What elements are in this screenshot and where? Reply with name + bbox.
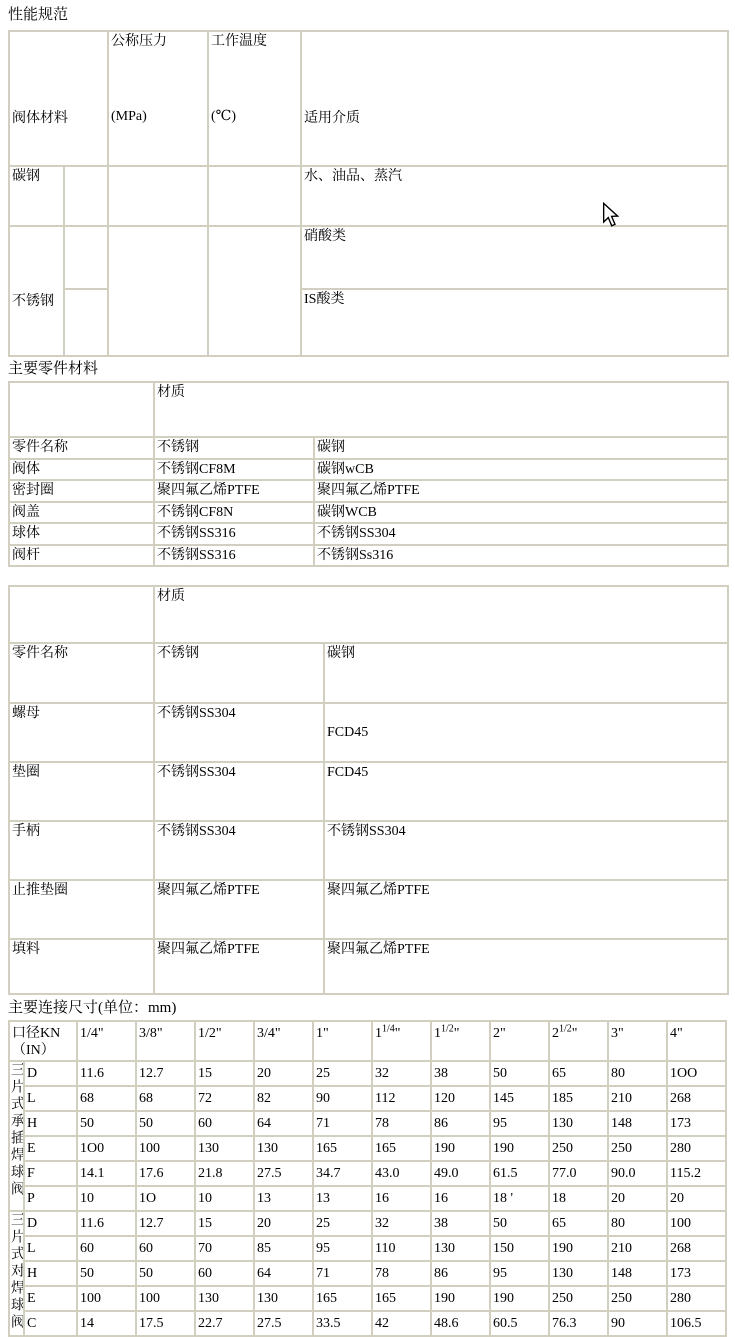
dim-value-cell: 60 [195, 1111, 254, 1136]
parts-table-1: 材质 零件名称 不锈钢 碳钢 阀体 不锈钢CF8M 碳钢wCB 密封圈 聚四氟乙… [8, 381, 729, 568]
dim-value-cell: 20 [667, 1186, 726, 1211]
header-temperature-label: 工作温度 [211, 33, 298, 51]
size-header-cell: 1/2" [195, 1021, 254, 1061]
stainless-value-cell: 聚四氟乙烯PTFE [154, 480, 314, 502]
dim-value-cell: 145 [490, 1086, 549, 1111]
dim-value-cell: 50 [490, 1211, 549, 1236]
part-name-cell: 密封圈 [9, 480, 154, 502]
spec-page: { "sections": { "performance": { "title"… [0, 0, 735, 1337]
dim-value-cell: 190 [549, 1236, 608, 1261]
table-row: 止推垫圈 聚四氟乙烯PTFE 聚四氟乙烯PTFE [9, 880, 728, 939]
dimensions-table: 口径KN （IN） 1/4"3/8"1/2"3/4"1"11/4"11/2"2"… [8, 1020, 727, 1337]
dim-value-cell: 250 [549, 1136, 608, 1161]
empty-cell [9, 586, 154, 643]
dim-value-cell: 190 [490, 1286, 549, 1311]
carbon-value-cell: 聚四氟乙烯PTFE [314, 480, 728, 502]
dim-value-cell: 32 [372, 1211, 431, 1236]
dim-value-cell: 110 [372, 1236, 431, 1261]
dim-value-cell: 38 [431, 1061, 490, 1086]
stainless-value-cell: 不锈钢SS316 [154, 523, 314, 545]
table-row: 阀盖 不锈钢CF8N 碳钢WCB [9, 502, 728, 524]
part-name-cell: 阀杆 [9, 545, 154, 567]
size-header-cell: 1/4" [77, 1021, 136, 1061]
dim-value-cell: 49.0 [431, 1161, 490, 1186]
stainless-value-cell: 聚四氟乙烯PTFE [154, 939, 324, 994]
dim-value-cell: 20 [254, 1211, 313, 1236]
part-name-cell: 螺母 [9, 703, 154, 762]
dim-data-row: E100100130130165165190190250250280 [9, 1286, 726, 1311]
dim-value-cell: 17.5 [136, 1311, 195, 1336]
stainless-value-cell: 不锈钢CF8M [154, 459, 314, 481]
dim-value-cell: 130 [549, 1261, 608, 1286]
dim-value-cell: 15 [195, 1211, 254, 1236]
dim-value-cell: 190 [490, 1136, 549, 1161]
stainless-value-cell: 不锈钢SS304 [154, 762, 324, 821]
dim-value-cell: 16 [372, 1186, 431, 1211]
dim-value-cell: 43.0 [372, 1161, 431, 1186]
dim-value-cell: 71 [313, 1261, 372, 1286]
parts-title: 主要零件材料 [8, 360, 735, 379]
dim-value-cell: 95 [313, 1236, 372, 1261]
carbon-col-header: 碳钢 [314, 437, 728, 459]
stainless-col-header: 不锈钢 [154, 643, 324, 703]
size-header-cell: 3/8" [136, 1021, 195, 1061]
dim-value-cell: 1O0 [77, 1136, 136, 1161]
dim-value-cell: 165 [313, 1136, 372, 1161]
carbon-value-cell: 碳钢WCB [314, 502, 728, 524]
dim-value-cell: 15 [195, 1061, 254, 1086]
dim-value-cell: 50 [77, 1111, 136, 1136]
table-row: 垫圈 不锈钢SS304 FCD45 [9, 762, 728, 821]
header-temperature-unit: (℃) [211, 108, 298, 126]
size-header-cell: 3/4" [254, 1021, 313, 1061]
header-medium-label: 适用介质 [304, 110, 725, 128]
dim-value-cell: 95 [490, 1111, 549, 1136]
stainless-value-cell: 不锈钢SS304 [154, 703, 324, 762]
dim-data-row: H5050606471788695130148173 [9, 1261, 726, 1286]
dim-value-cell: 10 [195, 1186, 254, 1211]
dim-value-cell: 95 [490, 1261, 549, 1286]
dim-value-cell: 190 [431, 1286, 490, 1311]
dim-value-cell: 21.8 [195, 1161, 254, 1186]
param-label-cell: D [24, 1061, 77, 1086]
empty-cell [108, 226, 208, 356]
dim-value-cell: 148 [608, 1111, 667, 1136]
dim-value-cell: 130 [195, 1286, 254, 1311]
dim-value-cell: 90 [608, 1311, 667, 1336]
stainless-col-header: 不锈钢 [154, 437, 314, 459]
dim-value-cell: 68 [77, 1086, 136, 1111]
part-name-cell: 止推垫圈 [9, 880, 154, 939]
dim-value-cell: 10 [77, 1186, 136, 1211]
dim-value-cell: 78 [372, 1261, 431, 1286]
param-label-cell: H [24, 1111, 77, 1136]
dim-value-cell: 173 [667, 1261, 726, 1286]
dim-value-cell: 165 [372, 1136, 431, 1161]
dim-value-cell: 77.0 [549, 1161, 608, 1186]
dim-value-cell: 13 [254, 1186, 313, 1211]
bore-header-line2: （IN） [12, 1042, 74, 1060]
dim-value-cell: 86 [431, 1261, 490, 1286]
carbon-value-cell: 不锈钢Ss316 [314, 545, 728, 567]
dim-value-cell: 61.5 [490, 1161, 549, 1186]
dim-value-cell: 250 [549, 1286, 608, 1311]
dim-value-cell: 1OO [667, 1061, 726, 1086]
param-label-cell: D [24, 1211, 77, 1236]
dim-tbody: 口径KN （IN） 1/4"3/8"1/2"3/4"1"11/4"11/2"2"… [9, 1021, 726, 1336]
dim-value-cell: 38 [431, 1211, 490, 1236]
carbon-value-cell: 聚四氟乙烯PTFE [324, 880, 728, 939]
carbon-value-cell: FCD45 [324, 703, 728, 762]
dim-value-cell: 1O [136, 1186, 195, 1211]
dim-value-cell: 100 [77, 1286, 136, 1311]
dimensions-title: 主要连接尺寸(单位：mm) [8, 999, 735, 1018]
dim-value-cell: 34.7 [313, 1161, 372, 1186]
dim-value-cell: 130 [549, 1111, 608, 1136]
dim-value-cell: 60 [77, 1236, 136, 1261]
dim-value-cell: 76.3 [549, 1311, 608, 1336]
material-header-cell: 材质 [154, 382, 728, 437]
dim-value-cell: 25 [313, 1211, 372, 1236]
mouse-cursor-icon [602, 202, 619, 228]
empty-cell [64, 226, 108, 289]
dim-value-cell: 11.6 [77, 1061, 136, 1086]
valve-type-label: 三片式承插焊球阀 [9, 1061, 24, 1211]
dim-value-cell: 70 [195, 1236, 254, 1261]
column-header-row: 零件名称 不锈钢 碳钢 [9, 437, 728, 459]
param-label-cell: L [24, 1086, 77, 1111]
part-name-cell: 阀盖 [9, 502, 154, 524]
stainless-steel-material-cell: 不锈钢 [9, 226, 64, 356]
dim-value-cell: 280 [667, 1286, 726, 1311]
header-medium-cell: 适用介质 [301, 31, 728, 166]
size-header-cell: 2" [490, 1021, 549, 1061]
param-label-cell: C [24, 1311, 77, 1336]
dim-data-row: L6060708595110130150190210268 [9, 1236, 726, 1261]
dim-value-cell: 130 [254, 1136, 313, 1161]
empty-cell [64, 289, 108, 356]
dim-value-cell: 18 ' [490, 1186, 549, 1211]
dim-value-cell: 50 [77, 1261, 136, 1286]
dim-value-cell: 185 [549, 1086, 608, 1111]
part-name-header: 零件名称 [9, 643, 154, 703]
part-name-cell: 球体 [9, 523, 154, 545]
bore-header-line1: 口径KN [12, 1025, 74, 1043]
table-row: 手柄 不锈钢SS304 不锈钢SS304 [9, 821, 728, 880]
dim-value-cell: 20 [254, 1061, 313, 1086]
dim-value-cell: 190 [431, 1136, 490, 1161]
dim-value-cell: 14.1 [77, 1161, 136, 1186]
dim-data-row: L6868728290112120145185210268 [9, 1086, 726, 1111]
dim-value-cell: 71 [313, 1111, 372, 1136]
stainless-medium-2-cell: IS酸类 [301, 289, 728, 356]
size-header-cell: 11/4" [372, 1021, 431, 1061]
dim-value-cell: 112 [372, 1086, 431, 1111]
dim-value-cell: 50 [136, 1111, 195, 1136]
material-header-row: 材质 [9, 382, 728, 437]
carbon-col-header: 碳钢 [324, 643, 728, 703]
carbon-value-cell: FCD45 [324, 762, 728, 821]
dim-value-cell: 18 [549, 1186, 608, 1211]
part-name-header: 零件名称 [9, 437, 154, 459]
valve-type-label: 三片式对焊球阀 [9, 1211, 24, 1336]
dim-value-cell: 68 [136, 1086, 195, 1111]
param-label-cell: H [24, 1261, 77, 1286]
dim-value-cell: 78 [372, 1111, 431, 1136]
material-header-row: 材质 [9, 586, 728, 643]
carbon-value-cell: 碳钢wCB [314, 459, 728, 481]
stainless-medium-1-cell: 硝酸类 [301, 226, 728, 289]
dim-value-cell: 80 [608, 1061, 667, 1086]
dim-value-cell: 86 [431, 1111, 490, 1136]
dim-value-cell: 42 [372, 1311, 431, 1336]
dim-value-cell: 130 [431, 1236, 490, 1261]
dim-value-cell: 12.7 [136, 1211, 195, 1236]
table-row: 填料 聚四氟乙烯PTFE 聚四氟乙烯PTFE [9, 939, 728, 994]
header-pressure-cell: 公称压力 (MPa) [108, 31, 208, 166]
header-temperature-cell: 工作温度 (℃) [208, 31, 301, 166]
dim-value-cell: 32 [372, 1061, 431, 1086]
dim-value-cell: 80 [608, 1211, 667, 1236]
dim-data-row: H5050606471788695130148173 [9, 1111, 726, 1136]
dim-value-cell: 130 [195, 1136, 254, 1161]
dim-value-cell: 50 [136, 1261, 195, 1286]
dim-value-cell: 65 [549, 1211, 608, 1236]
dim-value-cell: 85 [254, 1236, 313, 1261]
dim-value-cell: 165 [372, 1286, 431, 1311]
dim-value-cell: 48.6 [431, 1311, 490, 1336]
dim-value-cell: 16 [431, 1186, 490, 1211]
dim-data-row: 三片式承插焊球阀D11.612.715202532385065801OO [9, 1061, 726, 1086]
part-name-cell: 填料 [9, 939, 154, 994]
dim-value-cell: 280 [667, 1136, 726, 1161]
stainless-steel-row-1: 不锈钢 硝酸类 [9, 226, 728, 289]
param-label-cell: L [24, 1236, 77, 1261]
dim-value-cell: 165 [313, 1286, 372, 1311]
column-header-row: 零件名称 不锈钢 碳钢 [9, 643, 728, 703]
header-body-material-cell: 阀体材料 [9, 31, 108, 166]
performance-header-row: 阀体材料 公称压力 (MPa) 工作温度 (℃) 适用介质 [9, 31, 728, 166]
carbon-value-cell: 不锈钢SS304 [324, 821, 728, 880]
empty-cell [108, 166, 208, 226]
dim-value-cell: 11.6 [77, 1211, 136, 1236]
dim-value-cell: 50 [490, 1061, 549, 1086]
size-header-cell: 4" [667, 1021, 726, 1061]
dim-value-cell: 60.5 [490, 1311, 549, 1336]
dim-value-cell: 25 [313, 1061, 372, 1086]
dim-data-row: 三片式对焊球阀D11.612.71520253238506580100 [9, 1211, 726, 1236]
dim-value-cell: 106.5 [667, 1311, 726, 1336]
dim-value-cell: 13 [313, 1186, 372, 1211]
part-name-cell: 手柄 [9, 821, 154, 880]
param-label-cell: E [24, 1286, 77, 1311]
bore-header-cell: 口径KN （IN） [9, 1021, 77, 1061]
dim-value-cell: 14 [77, 1311, 136, 1336]
dim-value-cell: 64 [254, 1261, 313, 1286]
param-label-cell: F [24, 1161, 77, 1186]
carbon-value-cell: 不锈钢SS304 [314, 523, 728, 545]
dim-data-row: P101O101313161618 '182020 [9, 1186, 726, 1211]
dim-value-cell: 90.0 [608, 1161, 667, 1186]
empty-cell [9, 382, 154, 437]
dim-value-cell: 115.2 [667, 1161, 726, 1186]
stainless-value-cell: 聚四氟乙烯PTFE [154, 880, 324, 939]
dim-data-row: E1O0100130130165165190190250250280 [9, 1136, 726, 1161]
empty-cell [208, 166, 301, 226]
part-name-cell: 垫圈 [9, 762, 154, 821]
header-pressure-unit: (MPa) [111, 108, 205, 126]
dim-value-cell: 148 [608, 1261, 667, 1286]
size-header-cell: 1" [313, 1021, 372, 1061]
header-body-material-label: 阀体材料 [12, 110, 105, 128]
carbon-steel-medium-cell: 水、油品、蒸汽 [301, 166, 728, 226]
material-header-cell: 材质 [154, 586, 728, 643]
dim-value-cell: 65 [549, 1061, 608, 1086]
table-row: 螺母 不锈钢SS304 FCD45 [9, 703, 728, 762]
dim-value-cell: 100 [667, 1211, 726, 1236]
stainless-value-cell: 不锈钢SS316 [154, 545, 314, 567]
dim-value-cell: 268 [667, 1086, 726, 1111]
header-pressure-label: 公称压力 [111, 33, 205, 51]
dim-value-cell: 17.6 [136, 1161, 195, 1186]
dim-value-cell: 27.5 [254, 1161, 313, 1186]
dim-value-cell: 210 [608, 1086, 667, 1111]
size-header-cell: 21/2" [549, 1021, 608, 1061]
dim-data-row: C1417.522.727.533.54248.660.576.390106.5 [9, 1311, 726, 1336]
carbon-value-cell: 聚四氟乙烯PTFE [324, 939, 728, 994]
dim-value-cell: 60 [195, 1261, 254, 1286]
empty-cell [64, 166, 108, 226]
dim-value-cell: 268 [667, 1236, 726, 1261]
table-row: 阀杆 不锈钢SS316 不锈钢Ss316 [9, 545, 728, 567]
dim-value-cell: 33.5 [313, 1311, 372, 1336]
part-name-cell: 阀体 [9, 459, 154, 481]
dim-value-cell: 210 [608, 1236, 667, 1261]
dim-value-cell: 130 [254, 1286, 313, 1311]
dim-value-cell: 250 [608, 1286, 667, 1311]
dim-value-cell: 90 [313, 1086, 372, 1111]
dim-value-cell: 72 [195, 1086, 254, 1111]
table-row: 密封圈 聚四氟乙烯PTFE 聚四氟乙烯PTFE [9, 480, 728, 502]
table-row: 阀体 不锈钢CF8M 碳钢wCB [9, 459, 728, 481]
dim-value-cell: 150 [490, 1236, 549, 1261]
parts-table-2: 材质 零件名称 不锈钢 碳钢 螺母 不锈钢SS304 FCD45 垫圈 不锈钢S… [8, 585, 729, 995]
dim-data-row: F14.117.621.827.534.743.049.061.577.090.… [9, 1161, 726, 1186]
carbon-steel-material-cell: 碳钢 [9, 166, 64, 226]
dim-header-row: 口径KN （IN） 1/4"3/8"1/2"3/4"1"11/4"11/2"2"… [9, 1021, 726, 1061]
dim-value-cell: 12.7 [136, 1061, 195, 1086]
size-header-cell: 3" [608, 1021, 667, 1061]
param-label-cell: P [24, 1186, 77, 1211]
table-row: 球体 不锈钢SS316 不锈钢SS304 [9, 523, 728, 545]
dim-value-cell: 82 [254, 1086, 313, 1111]
dim-value-cell: 22.7 [195, 1311, 254, 1336]
dim-value-cell: 27.5 [254, 1311, 313, 1336]
param-label-cell: E [24, 1136, 77, 1161]
performance-title: 性能规范 [8, 6, 735, 25]
dim-value-cell: 64 [254, 1111, 313, 1136]
dim-value-cell: 60 [136, 1236, 195, 1261]
carbon-steel-row: 碳钢 水、油品、蒸汽 [9, 166, 728, 226]
size-header-cell: 11/2" [431, 1021, 490, 1061]
dim-value-cell: 173 [667, 1111, 726, 1136]
dim-value-cell: 20 [608, 1186, 667, 1211]
dim-value-cell: 120 [431, 1086, 490, 1111]
dim-value-cell: 100 [136, 1286, 195, 1311]
performance-table: 阀体材料 公称压力 (MPa) 工作温度 (℃) 适用介质 碳钢 水、油品、蒸汽… [8, 30, 729, 357]
stainless-value-cell: 不锈钢CF8N [154, 502, 314, 524]
dim-value-cell: 100 [136, 1136, 195, 1161]
empty-cell [208, 226, 301, 356]
dim-value-cell: 250 [608, 1136, 667, 1161]
stainless-value-cell: 不锈钢SS304 [154, 821, 324, 880]
